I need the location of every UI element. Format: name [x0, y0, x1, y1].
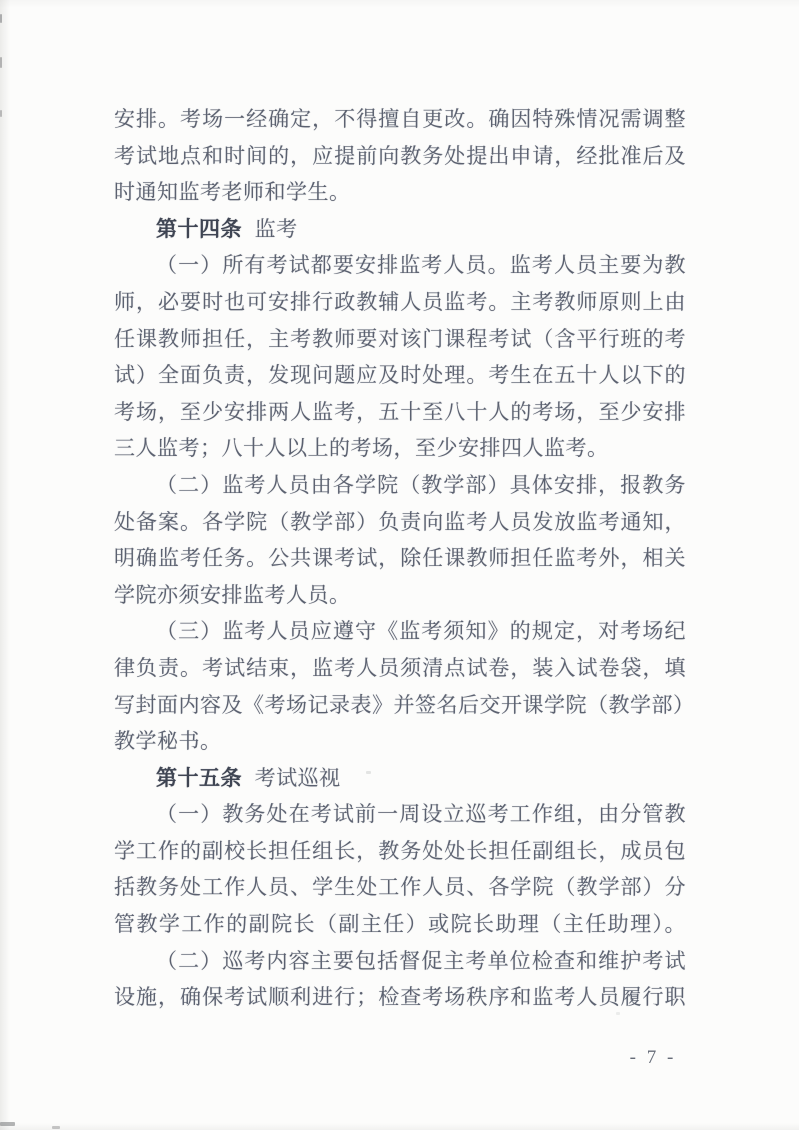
text-line: 学工作的副校长担任组长，教务处处长担任副组长，成员包: [114, 833, 686, 870]
article-number: 第十五条: [156, 766, 242, 790]
text-line: 三人监考；八十人以上的考场，至少安排四人监考。: [114, 430, 686, 467]
scan-artifact-speck: [0, 57, 2, 68]
text-line: 教学秘书。: [114, 723, 686, 760]
text-line: （三）监考人员应遵守《监考须知》的规定，对考场纪: [114, 613, 686, 650]
text-line: 学院亦须安排监考人员。: [114, 577, 686, 614]
text-line: 任课教师担任，主考教师要对该门课程考试（含平行班的考: [114, 321, 686, 358]
text-line: 括教务处工作人员、学生处工作人员、各学院（教学部）分: [114, 869, 686, 906]
text-line: （二）监考人员由各学院（教学部）具体安排，报教务: [114, 467, 686, 504]
text-line: 明确监考任务。公共课考试，除任课教师担任监考外，相关: [114, 540, 686, 577]
article-number: 第十四条: [156, 217, 242, 241]
text-line: 设施，确保考试顺利进行；检查考场秩序和监考人员履行职: [114, 979, 686, 1016]
text-line: 考试地点和时间的，应提前向教务处提出申请，经批准后及: [114, 138, 686, 175]
text-line: 安排。考场一经确定，不得擅自更改。确因特殊情况需调整: [114, 101, 686, 138]
scan-artifact-speck: [52, 1126, 60, 1129]
text-line: 处备案。各学院（教学部）负责向监考人员发放监考通知，: [114, 504, 686, 541]
document-body: 安排。考场一经确定，不得擅自更改。确因特殊情况需调整考试地点和时间的，应提前向教…: [114, 101, 686, 1016]
scanned-document-page: 安排。考场一经确定，不得擅自更改。确因特殊情况需调整考试地点和时间的，应提前向教…: [0, 0, 799, 1130]
scan-artifact-speck: [0, 1122, 15, 1126]
text-line: （一）教务处在考试前一周设立巡考工作组，由分管教: [114, 796, 686, 833]
article-title: 监考: [255, 217, 298, 241]
article-heading: 第十五条考试巡视: [114, 760, 686, 797]
page-number: - 7 -: [598, 1044, 708, 1072]
article-title: 考试巡视: [255, 766, 341, 790]
text-line: 考场，至少安排两人监考，五十至八十人的考场，至少安排: [114, 394, 686, 431]
text-line: 写封面内容及《考场记录表》并签名后交开课学院（教学部）: [114, 687, 686, 724]
text-line: （一）所有考试都要安排监考人员。监考人员主要为教: [114, 247, 686, 284]
text-line: 时通知监考老师和学生。: [114, 174, 686, 211]
article-heading: 第十四条监考: [114, 211, 686, 248]
text-line: 管教学工作的副院长（副主任）或院长助理（主任助理）。: [114, 906, 686, 943]
text-line: 试）全面负责，发现问题应及时处理。考生在五十人以下的: [114, 357, 686, 394]
text-line: 师，必要时也可安排行政教辅人员监考。主考教师原则上由: [114, 284, 686, 321]
text-line: （二）巡考内容主要包括督促主考单位检查和维护考试: [114, 943, 686, 980]
text-line: 律负责。考试结束，监考人员须清点试卷，装入试卷袋，填: [114, 650, 686, 687]
scan-artifact-speck: [0, 110, 2, 117]
scan-artifact-speck: [0, 14, 2, 23]
